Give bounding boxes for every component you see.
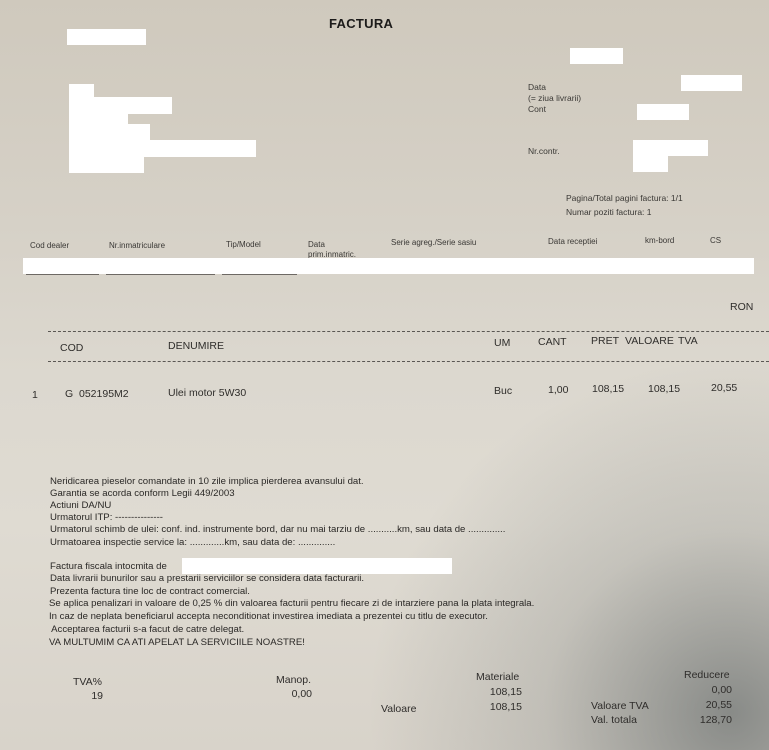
table-rule-bottom	[48, 361, 769, 362]
val-totala-value: 128,70	[690, 714, 732, 726]
val-totala-label: Val. totala	[591, 714, 637, 726]
item-count: Numar poziti factura: 1	[566, 207, 652, 218]
redacted-block	[633, 140, 708, 156]
note-line: Prezenta factura tine loc de contract co…	[50, 586, 250, 598]
page-count: Pagina/Total pagini factura: 1/1	[566, 193, 683, 204]
col-um: UM	[494, 337, 510, 349]
note-line: Data livrarii bunurilor sau a prestarii …	[50, 573, 364, 585]
valoare-value: 108,15	[480, 701, 522, 713]
field-underline	[222, 274, 297, 275]
note-line: Factura fiscala intocmita de	[50, 561, 167, 573]
row-valoare: 108,15	[648, 383, 680, 395]
col-cod-dealer: Cod dealer	[30, 241, 69, 250]
materiale-value: 108,15	[480, 686, 522, 698]
col-nr-inmatriculare: Nr.inmatriculare	[109, 241, 165, 250]
thank-you-line: VA MULTUMIM CA ATI APELAT LA SERVICIILE …	[49, 637, 305, 649]
row-pret: 108,15	[592, 383, 624, 395]
reducere-label: Reducere	[684, 669, 730, 681]
col-km-bord: km-bord	[645, 236, 674, 245]
col-tip-model: Tip/Model	[226, 240, 261, 249]
note-line: Se aplica penalizari in valoare de 0,25 …	[49, 598, 534, 610]
note-line: Actiuni DA/NU	[50, 500, 111, 512]
data-sublabel: (= ziua livrarii)	[528, 93, 581, 104]
field-underline	[26, 274, 99, 275]
row-denumire: Ulei motor 5W30	[168, 387, 246, 399]
note-line: Acceptarea facturii s-a facut de catre d…	[49, 624, 244, 636]
row-cant: 1,00	[548, 384, 568, 396]
note-line: In caz de neplata beneficiarul accepta n…	[49, 611, 488, 623]
redacted-block	[570, 48, 623, 64]
data-label: Data	[528, 82, 546, 93]
row-number: 1	[32, 389, 38, 401]
col-serie-sasiu: Serie agreg./Serie sasiu	[391, 238, 476, 247]
col-cs: CS	[710, 236, 721, 245]
redacted-vehicle-row	[23, 258, 754, 274]
col-denumire: DENUMIRE	[168, 340, 224, 352]
redacted-block	[69, 110, 128, 125]
tva-pct-label: TVA%	[73, 676, 102, 688]
redacted-block	[637, 104, 689, 120]
col-cant: CANT	[538, 336, 567, 348]
row-tva: 20,55	[711, 382, 737, 394]
cont-label: Cont	[528, 104, 546, 115]
valoare-tva-value: 20,55	[690, 699, 732, 711]
note-line: Garantia se acorda conform Legii 449/200…	[50, 488, 235, 500]
col-tva: TVA	[678, 335, 698, 347]
table-rule-top	[48, 331, 769, 332]
col-pret: PRET	[591, 335, 619, 347]
tva-pct-value: 19	[73, 690, 103, 702]
note-line: Neridicarea pieselor comandate in 10 zil…	[50, 476, 364, 488]
manop-value: 0,00	[270, 688, 312, 700]
col-cod: COD	[60, 342, 83, 354]
materiale-label: Materiale	[476, 671, 519, 683]
redacted-block	[69, 155, 144, 173]
redacted-block	[633, 155, 668, 172]
row-um: Buc	[494, 385, 512, 397]
note-line: Urmatorul ITP: ---------------	[50, 512, 163, 524]
currency-label: RON	[730, 301, 753, 313]
col-data: Data	[308, 240, 325, 249]
redacted-block	[67, 29, 146, 45]
reducere-value: 0,00	[690, 684, 732, 696]
row-cod: G 052195M2	[65, 388, 129, 400]
manop-label: Manop.	[276, 674, 311, 686]
redacted-block	[69, 124, 150, 141]
document-title: FACTURA	[329, 16, 393, 31]
note-line: Urmatoarea inspectie service la: .......…	[50, 537, 335, 549]
nr-contr-label: Nr.contr.	[528, 146, 560, 157]
redacted-issuer	[182, 558, 452, 574]
valoare-label: Valoare	[381, 703, 416, 715]
note-line: Urmatorul schimb de ulei: conf. ind. ins…	[50, 524, 505, 536]
valoare-tva-label: Valoare TVA	[591, 700, 649, 712]
redacted-block	[681, 75, 742, 91]
field-underline	[106, 274, 215, 275]
col-data-receptiei: Data receptiei	[548, 237, 597, 246]
col-valoare: VALOARE	[625, 335, 674, 347]
